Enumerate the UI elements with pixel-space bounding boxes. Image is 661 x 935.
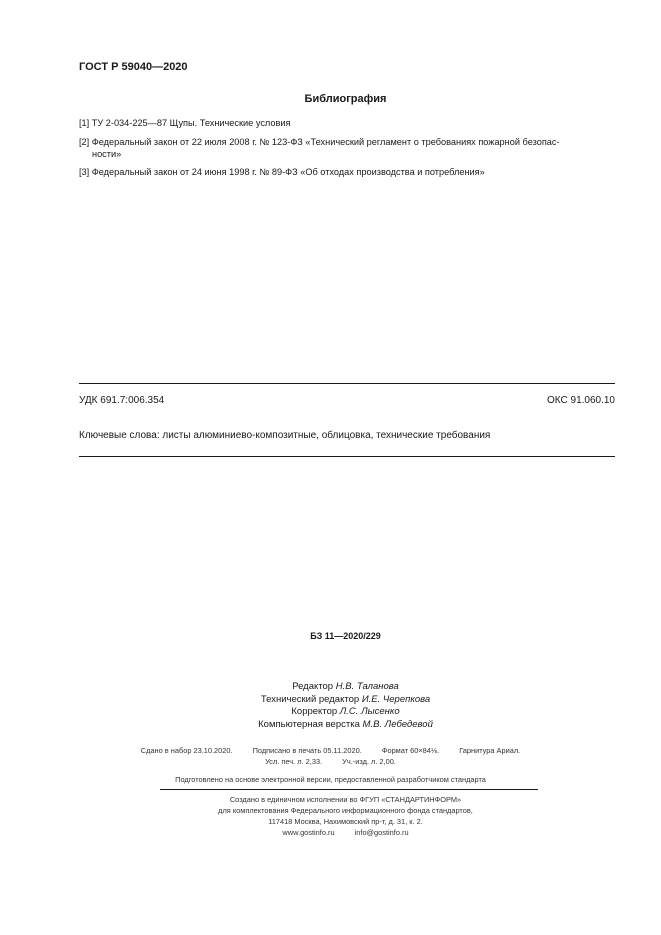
udk-code: УДК 691.7:006.354 bbox=[79, 395, 164, 406]
keywords: Ключевые слова: листы алюминиево-компози… bbox=[79, 430, 490, 441]
bibliography-item-text: Федеральный закон от 24 июня 1998 г. № 8… bbox=[92, 167, 485, 177]
divider-footer bbox=[160, 789, 538, 790]
credit-tech-editor: Технический редактор И.Е. Черепкова bbox=[0, 694, 661, 707]
credit-name: Л.С. Лысенко bbox=[340, 706, 400, 717]
bibliography-item-continuation: ности» bbox=[79, 148, 617, 160]
divider-bottom bbox=[79, 456, 615, 457]
paper-format: Формат 60×84⅛. bbox=[382, 746, 439, 755]
credits-block: Редактор Н.В. Таланова Технический редак… bbox=[0, 681, 661, 731]
bibliography-item-3: [3] Федеральный закон от 24 июня 1998 г.… bbox=[79, 166, 617, 178]
publisher-sheets: Уч.-изд. л. 2,00. bbox=[342, 757, 396, 766]
publisher-block: Создано в единичном исполнении во ФГУП «… bbox=[0, 794, 661, 838]
publisher-email-link[interactable]: info@gostinfo.ru bbox=[355, 828, 409, 837]
bibliography-item-number: [3] bbox=[79, 167, 89, 177]
credit-role: Компьютерная верстка bbox=[258, 719, 360, 730]
publisher-line-1: Создано в единичном исполнении во ФГУП «… bbox=[0, 794, 661, 805]
submitted-date: Сдано в набор 23.10.2020. bbox=[141, 746, 233, 755]
oks-code: ОКС 91.060.10 bbox=[547, 395, 615, 406]
bibliography-title: Библиография bbox=[0, 93, 661, 105]
signed-date: Подписано в печать 05.11.2020. bbox=[253, 746, 362, 755]
bibliography-item-2: [2] Федеральный закон от 22 июля 2008 г.… bbox=[79, 136, 617, 160]
credit-name: М.В. Лебедевой bbox=[363, 719, 433, 730]
print-sheets: Усл. печ. л. 2,33. bbox=[265, 757, 322, 766]
document-code: ГОСТ Р 59040—2020 bbox=[79, 61, 188, 73]
credit-corrector: Корректор Л.С. Лысенко bbox=[0, 706, 661, 719]
bibliography-item-number: [1] bbox=[79, 118, 89, 128]
typeface: Гарнитура Ариал. bbox=[459, 746, 520, 755]
credit-role: Технический редактор bbox=[261, 694, 359, 705]
publisher-address: 117418 Москва, Нахимовский пр-т, д. 31, … bbox=[0, 816, 661, 827]
publisher-website-link[interactable]: www.gostinfo.ru bbox=[282, 828, 334, 837]
credit-role: Редактор bbox=[292, 681, 333, 692]
bibliography-item-text: Федеральный закон от 22 июля 2008 г. № 1… bbox=[92, 137, 560, 147]
credit-name: Н.В. Таланова bbox=[336, 681, 399, 692]
credit-role: Корректор bbox=[291, 706, 337, 717]
print-info: Сдано в набор 23.10.2020. Подписано в пе… bbox=[0, 745, 661, 767]
publisher-line-2: для комплектования Федерального информац… bbox=[0, 805, 661, 816]
divider-top bbox=[79, 383, 615, 384]
bz-number: БЗ 11—2020/229 bbox=[0, 631, 661, 641]
credit-name: И.Е. Черепкова bbox=[362, 694, 430, 705]
credit-layout: Компьютерная верстка М.В. Лебедевой bbox=[0, 719, 661, 732]
prepared-note: Подготовлено на основе электронной верси… bbox=[0, 775, 661, 784]
bibliography-item-1: [1] ТУ 2-034-225—87 Щупы. Технические ус… bbox=[79, 117, 617, 129]
bibliography-item-number: [2] bbox=[79, 137, 89, 147]
bibliography-item-text: ТУ 2-034-225—87 Щупы. Технические услови… bbox=[92, 118, 291, 128]
credit-editor: Редактор Н.В. Таланова bbox=[0, 681, 661, 694]
